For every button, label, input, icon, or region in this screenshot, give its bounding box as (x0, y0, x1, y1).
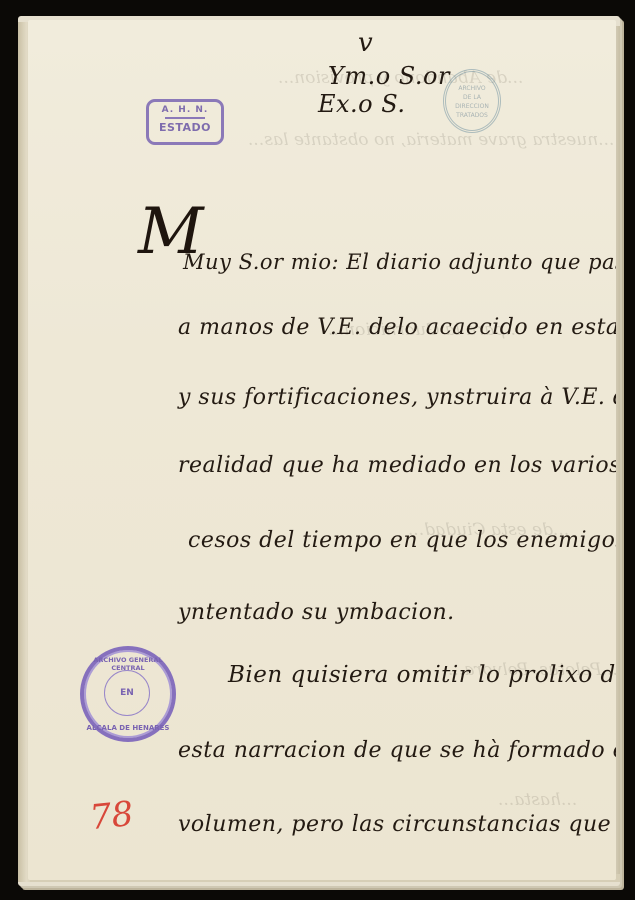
body-line-6: yntentado su ymbacion. (178, 600, 455, 625)
oval-stamp-line: DIRECCION (446, 102, 498, 111)
header-mark: v (358, 28, 373, 58)
body-line-2: a manos de V.E. delo acaecido en esta Ci… (178, 315, 616, 340)
salutation-abbrev-line2: Ex.o S. (318, 90, 405, 118)
bleed-through-line: ...hasta... (498, 790, 577, 810)
body-line-7: Bien quisiera omitir lo prolixo de (228, 662, 616, 688)
stamp-line1: A. H. N. (149, 105, 221, 115)
stamp-line2: ESTADO (149, 121, 221, 134)
oval-stamp-line: TRATADOS (446, 111, 498, 120)
bleed-through-line: ...nuestra grave materia, no obstante la… (248, 130, 614, 150)
body-line-4: realidad que ha mediado en los varios su… (178, 453, 616, 478)
body-line-8: esta narracion de que se hà formado este (178, 738, 616, 763)
body-line-5: cesos del tiempo en que los enemigos han (188, 528, 616, 553)
manuscript-page: ...de Abandono y provision... ...nuestra… (28, 20, 616, 880)
faint-oval-stamp: ARCHIVO DE LA DIRECCION TRATADOS (443, 69, 501, 133)
archivo-general-central-stamp: ARCHIVO GENERAL CENTRAL EN ALCALA DE HEN… (80, 646, 176, 742)
round-stamp-center: EN (104, 670, 150, 716)
oval-stamp-line: DE LA (446, 93, 498, 102)
folio-number: 78 (88, 794, 135, 838)
salutation-abbrev-line1: Ym.o S.or (328, 62, 450, 90)
round-stamp-center-text: EN (120, 688, 134, 698)
oval-stamp-line: ARCHIVO (446, 84, 498, 93)
body-line-3: y sus fortificaciones, ynstruira à V.E. … (178, 385, 616, 410)
round-stamp-ring-bottom: ALCALA DE HENARES (84, 724, 172, 732)
archive-estado-stamp: A. H. N. ESTADO (146, 99, 224, 145)
stamp-rule (165, 117, 205, 119)
body-line-1: Muy S.or mio: El diario adjunto que paso (183, 250, 616, 274)
body-line-9: volumen, pero las circunstancias que (178, 812, 611, 837)
